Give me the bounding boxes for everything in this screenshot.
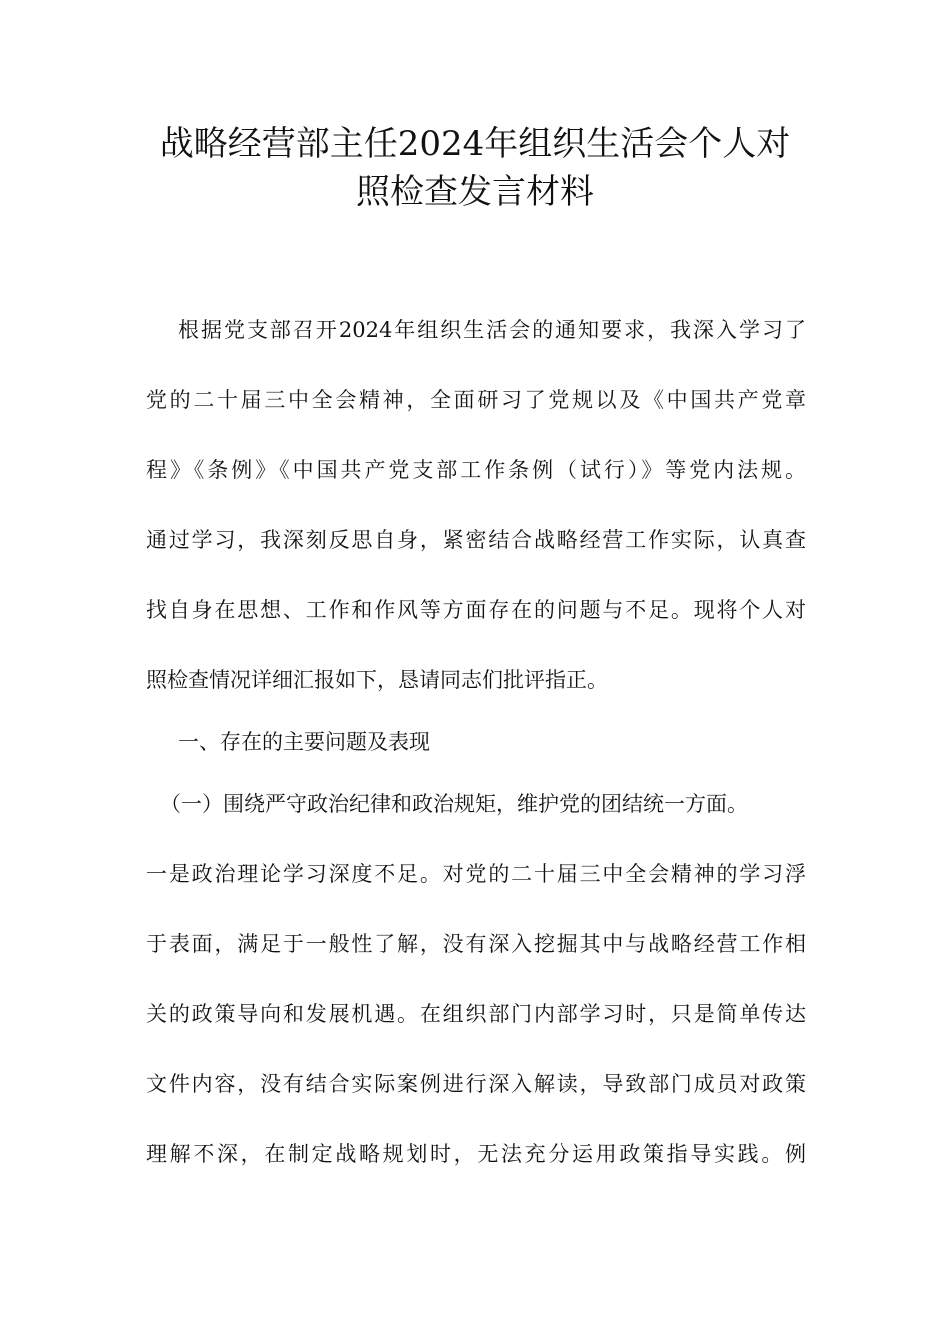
document-title-line-2: 照检查发言材料 <box>0 172 950 212</box>
subsection-heading: （一）围绕严守政治纪律和政治规矩，维护党的团结统一方面。 <box>160 790 820 818</box>
intro-paragraph-line: 根据党支部召开2024年组织生活会的通知要求，我深入学习了 <box>178 316 806 344</box>
intro-paragraph-line: 找自身在思想、工作和作风等方面存在的问题与不足。现将个人对 <box>146 596 806 624</box>
document-title-line-1: 战略经营部主任2024年组织生活会个人对 <box>0 124 950 164</box>
body-paragraph-line: 文件内容，没有结合实际案例进行深入解读，导致部门成员对政策 <box>146 1070 806 1098</box>
intro-paragraph-line: 照检查情况详细汇报如下，恳请同志们批评指正。 <box>146 666 806 694</box>
section-heading: 一、存在的主要问题及表现 <box>178 728 838 756</box>
body-paragraph-line: 于表面，满足于一般性了解，没有深入挖掘其中与战略经营工作相 <box>146 930 806 958</box>
intro-paragraph-line: 程》《条例》《中国共产党支部工作条例（试行）》等党内法规。 <box>146 456 806 484</box>
intro-paragraph-line: 通过学习，我深刻反思自身，紧密结合战略经营工作实际，认真查 <box>146 526 806 554</box>
body-paragraph-line: 理解不深，在制定战略规划时，无法充分运用政策指导实践。例 <box>146 1140 806 1168</box>
body-paragraph-line: 关的政策导向和发展机遇。在组织部门内部学习时，只是简单传达 <box>146 1000 806 1028</box>
document-page: 战略经营部主任2024年组织生活会个人对 照检查发言材料 根据党支部召开2024… <box>0 0 950 1344</box>
body-paragraph-line: 一是政治理论学习深度不足。对党的二十届三中全会精神的学习浮 <box>146 860 806 888</box>
intro-paragraph-line: 党的二十届三中全会精神，全面研习了党规以及《中国共产党章 <box>146 386 806 414</box>
